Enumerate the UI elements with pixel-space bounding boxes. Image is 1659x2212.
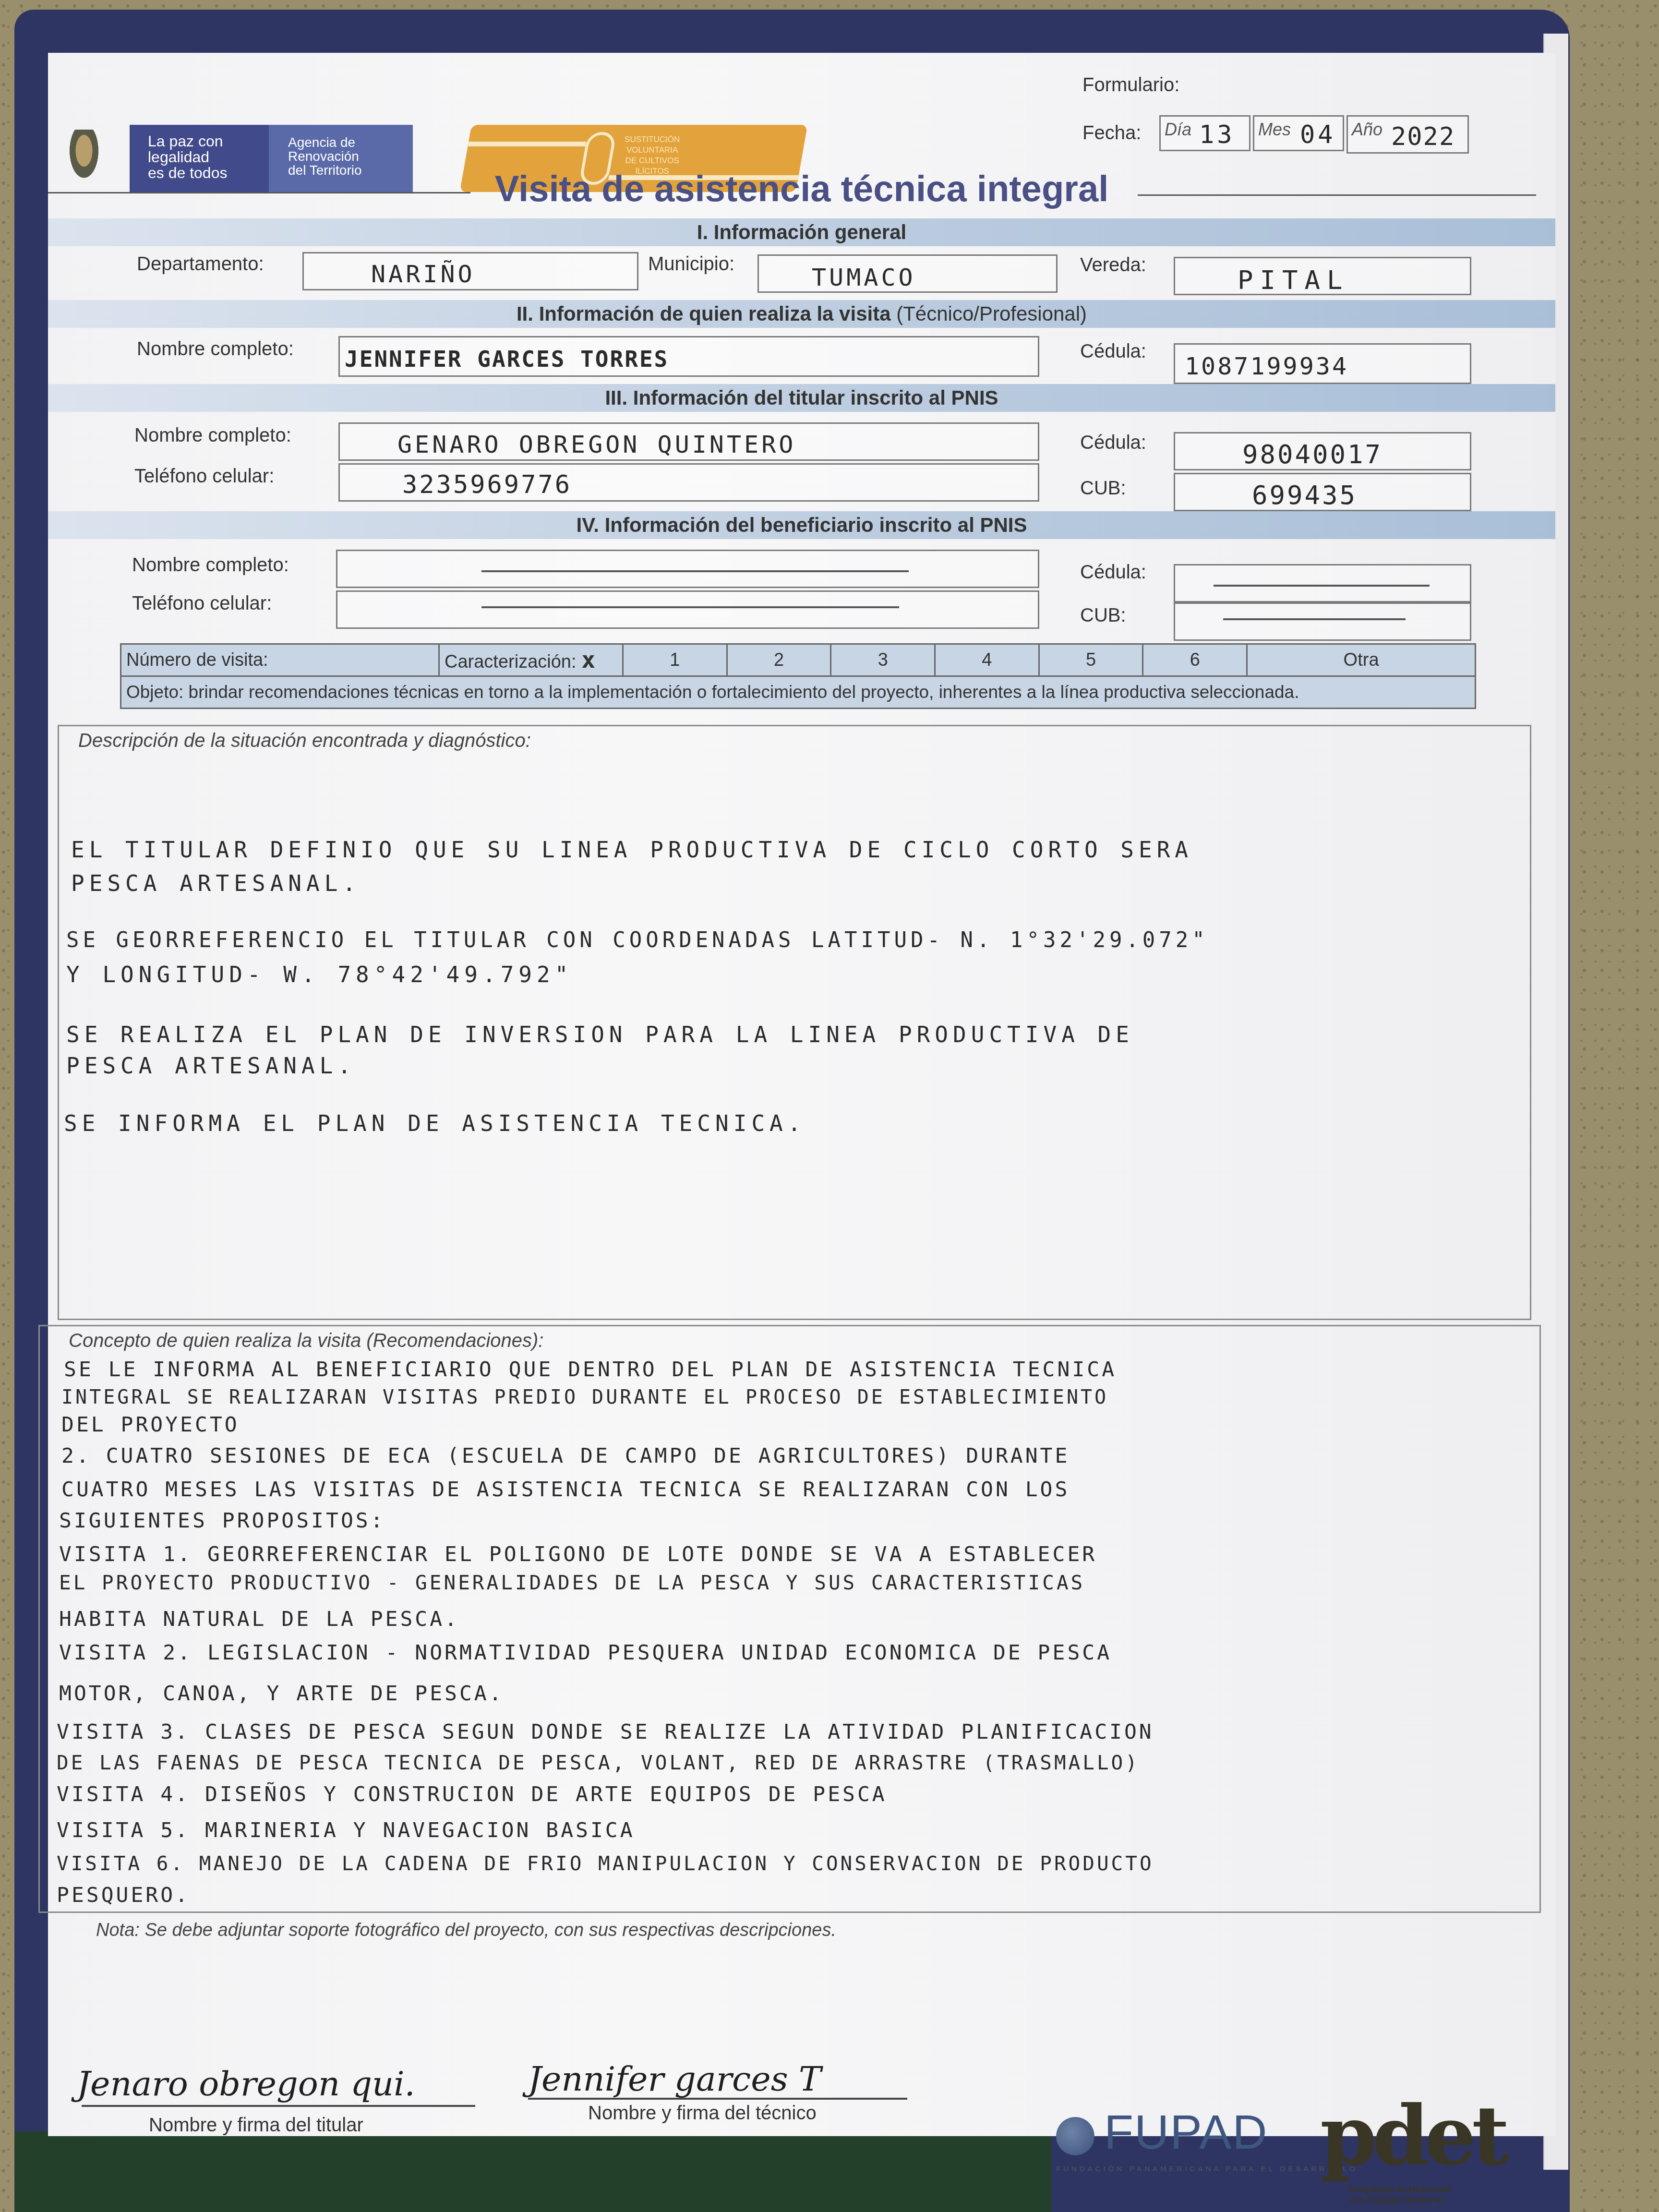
caracterizacion-mark: x [581, 647, 595, 673]
beneficiario-cedula-field[interactable] [1174, 564, 1471, 602]
folder-green-strip [14, 2131, 1051, 2212]
beneficiario-cub-label: CUB: [1080, 605, 1126, 626]
titular-cub-label: CUB: [1080, 478, 1126, 499]
concepto-line: 2. CUATRO SESIONES DE ECA (ESCUELA DE CA… [61, 1444, 1070, 1468]
concepto-line: HABITA NATURAL DE LA PESCA. [59, 1607, 459, 1631]
concepto-line: SE LE INFORMA AL BENEFICIARIO QUE DENTRO… [64, 1358, 1117, 1382]
titular-telefono-label: Teléfono celular: [134, 466, 274, 487]
beneficiario-nombre-field[interactable] [336, 550, 1039, 588]
beneficiario-nombre-label: Nombre completo: [132, 554, 289, 576]
titular-cub-field[interactable]: 699435 [1174, 473, 1471, 511]
departamento-label: Departamento: [137, 253, 264, 275]
visit-option-4[interactable]: 4 [935, 644, 1039, 676]
visit-option-1[interactable]: 1 [623, 644, 727, 676]
section-4-heading: IV. Información del beneficiario inscrit… [48, 514, 1555, 537]
anio-field[interactable]: Año 2022 [1346, 115, 1469, 154]
municipio-field[interactable]: TUMACO [757, 254, 1058, 293]
beneficiario-cedula-label: Cédula: [1080, 562, 1146, 583]
objeto-text: Objeto: brindar recomendaciones técnicas… [121, 676, 1476, 709]
empty-dash [1223, 618, 1406, 620]
empty-dash [1214, 585, 1430, 587]
tecnico-cedula-field[interactable]: 1087199934 [1174, 343, 1471, 384]
visit-number-row: Número de visita: Caracterización: x 1 2… [121, 644, 1476, 676]
concepto-line: SIGUIENTES PROPOSITOS: [59, 1509, 385, 1533]
beneficiario-cub-field[interactable] [1174, 602, 1471, 641]
concepto-line: EL PROYECTO PRODUCTIVO - GENERALIDADES D… [59, 1571, 1085, 1594]
concepto-line: INTEGRAL SE REALIZARAN VISITAS PREDIO DU… [61, 1386, 1108, 1408]
page-title: Visita de asistencia técnica integral [48, 168, 1555, 210]
departamento-field[interactable]: NARIÑO [302, 252, 638, 290]
titular-cedula-field[interactable]: 98040017 [1174, 432, 1471, 470]
visit-option-3[interactable]: 3 [831, 644, 935, 676]
concepto-line: VISITA 6. MANEJO DE LA CADENA DE FRIO MA… [57, 1852, 1154, 1875]
tecnico-signature-label: Nombre y firma del técnico [588, 2103, 817, 2124]
vereda-label: Vereda: [1080, 254, 1146, 276]
titular-telefono-field[interactable]: 3235969776 [338, 463, 1039, 502]
visit-option-6[interactable]: 6 [1143, 644, 1247, 676]
concepto-line: CUATRO MESES LAS VISITAS DE ASISTENCIA T… [61, 1478, 1070, 1502]
tecnico-nombre-field[interactable]: JENNIFER GARCES TORRES [338, 336, 1039, 377]
section-2-heading: II. Información de quien realiza la visi… [48, 302, 1555, 325]
concepto-line: VISITA 5. MARINERIA Y NAVEGACION BASICA [57, 1818, 635, 1842]
visit-option-5[interactable]: 5 [1039, 644, 1143, 676]
tecnico-nombre-label: Nombre completo: [137, 338, 294, 360]
section-3-heading: III. Información del titular inscrito al… [48, 386, 1555, 409]
visit-table: Número de visita: Caracterización: x 1 2… [120, 643, 1476, 709]
logo-stripe [468, 142, 586, 146]
beneficiario-telefono-field[interactable] [336, 590, 1039, 629]
vereda-field[interactable]: PITAL [1174, 257, 1471, 295]
concepto-line: DE LAS FAENAS DE PESCA TECNICA DE PESCA,… [57, 1751, 1140, 1774]
titular-cedula-label: Cédula: [1080, 432, 1146, 454]
concepto-line: DEL PROYECTO [61, 1413, 240, 1437]
concepto-label: Concepto de quien realiza la visita (Rec… [69, 1330, 543, 1352]
descripcion-line: PESCA ARTESANAL. [71, 870, 361, 896]
empty-dash [481, 606, 899, 608]
beneficiario-telefono-label: Teléfono celular: [132, 593, 272, 614]
concepto-line: PESQUERO. [57, 1883, 190, 1907]
caracterizacion-cell[interactable]: Caracterización: x [439, 644, 623, 676]
titular-nombre-field[interactable]: GENARO OBREGON QUINTERO [338, 422, 1039, 461]
descripcion-line: Y LONGITUD- W. 78°42'49.792" [66, 962, 573, 987]
visit-number-label: Número de visita: [121, 644, 439, 676]
concepto-line: VISITA 3. CLASES DE PESCA SEGUN DONDE SE… [57, 1720, 1154, 1744]
title-rule-right [1138, 194, 1536, 196]
globe-icon [1056, 2117, 1094, 2155]
descripcion-line: EL TITULAR DEFINIO QUE SU LINEA PRODUCTI… [71, 837, 1193, 863]
descripcion-line: SE REALIZA EL PLAN DE INVERSION PARA LA … [66, 1022, 1134, 1047]
visit-option-2[interactable]: 2 [727, 644, 831, 676]
titular-signature: Jenaro obregon qui. [77, 2064, 415, 2104]
concepto-box[interactable]: Concepto de quien realiza la visita (Rec… [38, 1325, 1541, 1913]
section-1-heading: I. Información general [48, 221, 1555, 244]
concepto-line: MOTOR, CANOA, Y ARTE DE PESCA. [59, 1682, 504, 1706]
titular-signature-label: Nombre y firma del titular [149, 2115, 363, 2136]
titular-signature-line [82, 2105, 475, 2107]
objeto-row: Objeto: brindar recomendaciones técnicas… [121, 676, 1476, 709]
form-page: La paz con legalidad es de todos Agencia… [48, 53, 1555, 2136]
descripcion-line: SE INFORMA EL PLAN DE ASISTENCIA TECNICA… [64, 1110, 805, 1136]
descripcion-line: SE GEORREFERENCIO EL TITULAR CON COORDEN… [66, 928, 1209, 952]
tecnico-signature-line [528, 2098, 907, 2100]
descripcion-box[interactable]: Descripción de la situación encontrada y… [58, 725, 1531, 1320]
fecha-label: Fecha: [1082, 122, 1141, 144]
descripcion-label: Descripción de la situación encontrada y… [78, 730, 531, 752]
tecnico-signature: Jennifer garces T [528, 2059, 821, 2099]
municipio-label: Municipio: [648, 253, 734, 275]
mes-field[interactable]: Mes 04 [1253, 115, 1344, 151]
tecnico-cedula-label: Cédula: [1080, 341, 1146, 362]
descripcion-line: PESCA ARTESANAL. [66, 1053, 356, 1079]
concepto-line: VISITA 4. DISEÑOS Y CONSTRUCION DE ARTE … [57, 1782, 887, 1806]
concepto-line: VISITA 1. GEORREFERENCIAR EL POLIGONO DE… [59, 1542, 1097, 1566]
concepto-line: VISITA 2. LEGISLACION - NORMATIVIDAD PES… [59, 1641, 1112, 1665]
titular-nombre-label: Nombre completo: [134, 425, 291, 446]
formulario-label: Formulario: [1082, 74, 1179, 96]
visit-option-otra[interactable]: Otra [1247, 644, 1476, 676]
empty-dash [481, 570, 909, 572]
nota-text: Nota: Se debe adjuntar soporte fotográfi… [96, 1920, 836, 1941]
dia-field[interactable]: Día 13 [1159, 115, 1250, 151]
